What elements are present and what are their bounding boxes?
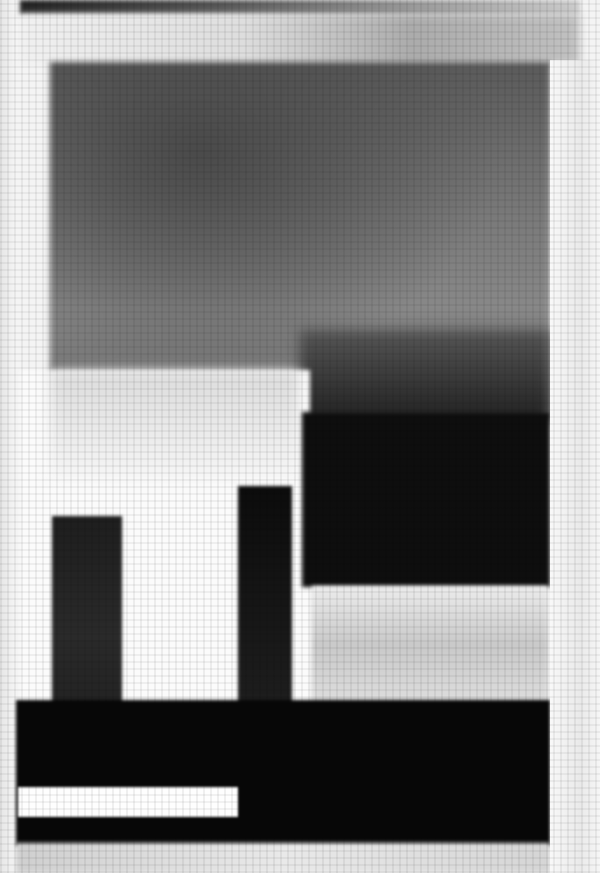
right-margin [550,60,600,873]
bottom-dark-band [16,700,550,846]
white-panel-haze [50,370,300,480]
middle-dark-bar [238,486,292,710]
bottom-haze [16,843,550,873]
top-haze [20,14,580,64]
top-strip [20,0,580,14]
left-dark-bar [52,516,122,716]
dark-right-block [302,412,550,587]
right-light-band [312,586,548,704]
bottom-white-bar [18,787,238,817]
gray-field-shadow [300,330,550,420]
left-margin [0,0,16,873]
